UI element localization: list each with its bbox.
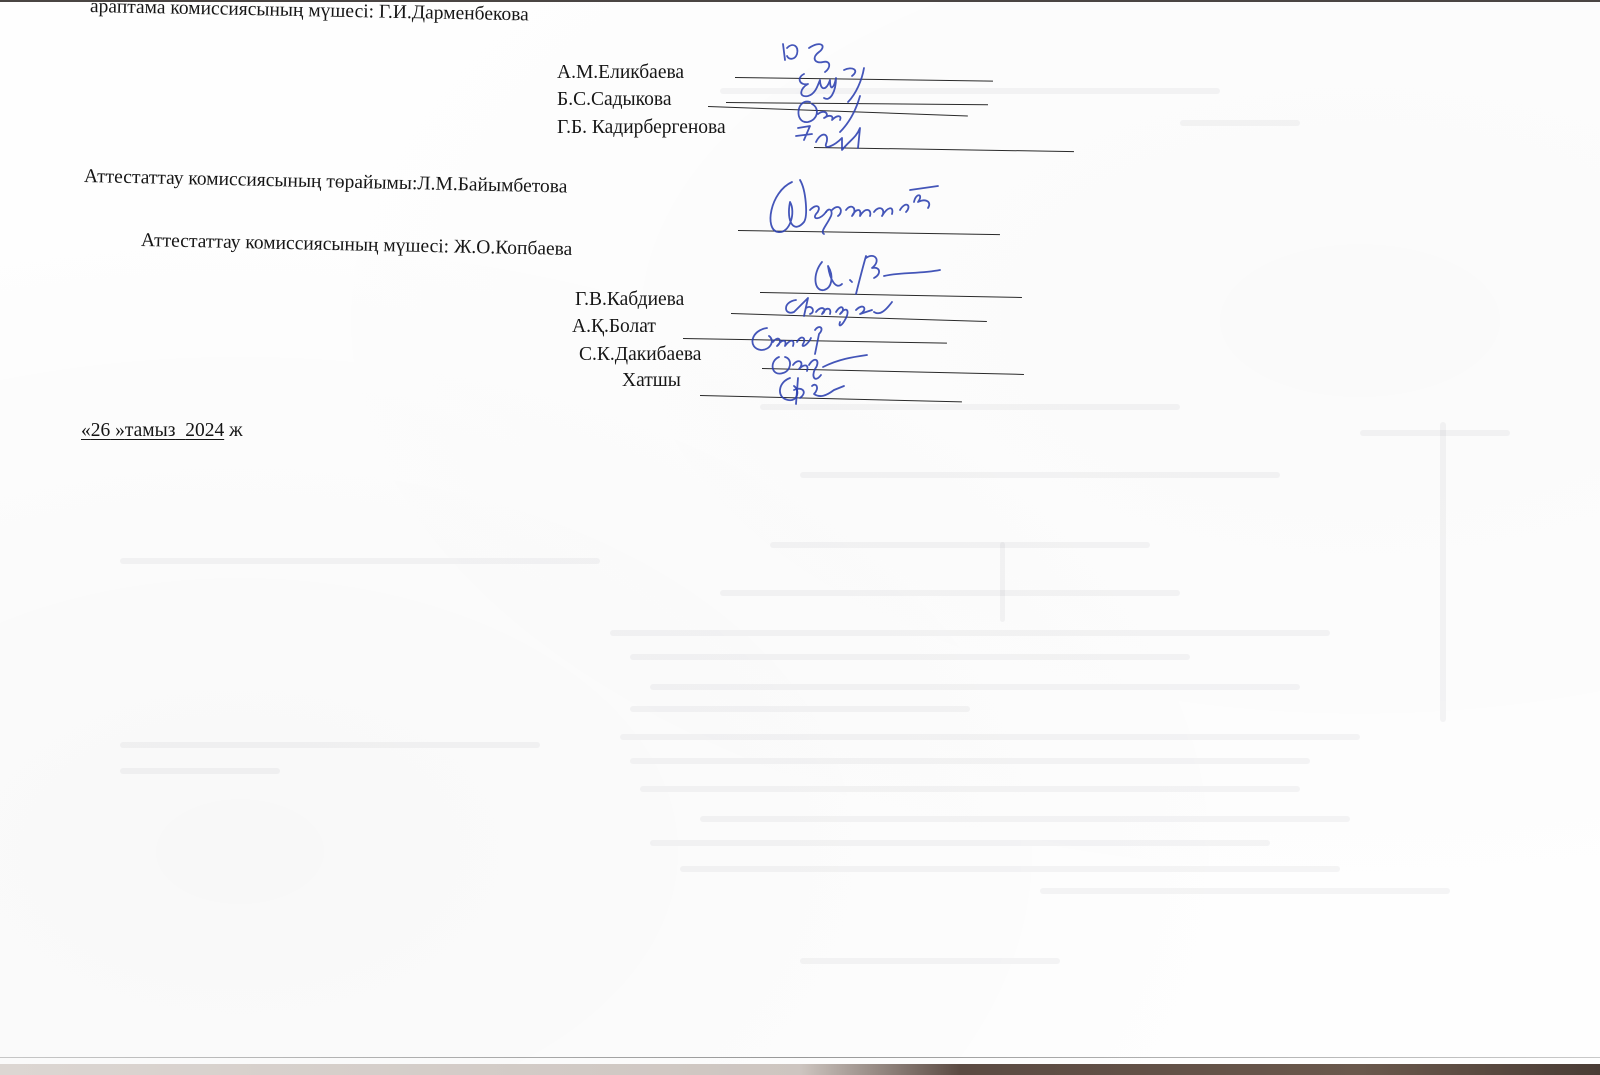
expert-member-name: А.М.Еликбаева — [557, 62, 684, 84]
scanned-document-page: араптама комиссиясының мүшесі: Г.И.Дарме… — [0, 2, 1600, 1064]
expert-member-name: Г.Б. Кадирбергенова — [557, 117, 726, 139]
attestation-commission-chair-line: Аттестаттау комиссиясының төрайымы:Л.М.Б… — [84, 166, 568, 199]
signature-baiymbetova — [760, 172, 970, 242]
secretary-label: Хатшы — [622, 370, 681, 392]
attestation-commission-member-line: Аттестаттау комиссиясының мүшесі: Ж.О.Ко… — [141, 230, 573, 261]
document-date: «26 »тамыз 2024 ж — [81, 420, 243, 442]
signature-secretary — [770, 372, 890, 412]
attestation-member-name: Г.В.Кабдиева — [575, 289, 684, 311]
date-underlined-part: «26 »тамыз 2024 — [81, 420, 224, 441]
scan-background-strip — [0, 1064, 1600, 1075]
signature-kadirbergenova — [790, 120, 910, 160]
page-bottom-edge — [0, 1057, 1600, 1058]
attestation-member-name: А.Қ.Болат — [572, 316, 656, 338]
attestation-member-name: С.К.Дакибаева — [579, 344, 701, 366]
expert-member-name: Б.С.Садыкова — [557, 89, 671, 111]
expert-commission-member-line: араптама комиссиясының мүшесі: Г.И.Дарме… — [90, 2, 529, 26]
